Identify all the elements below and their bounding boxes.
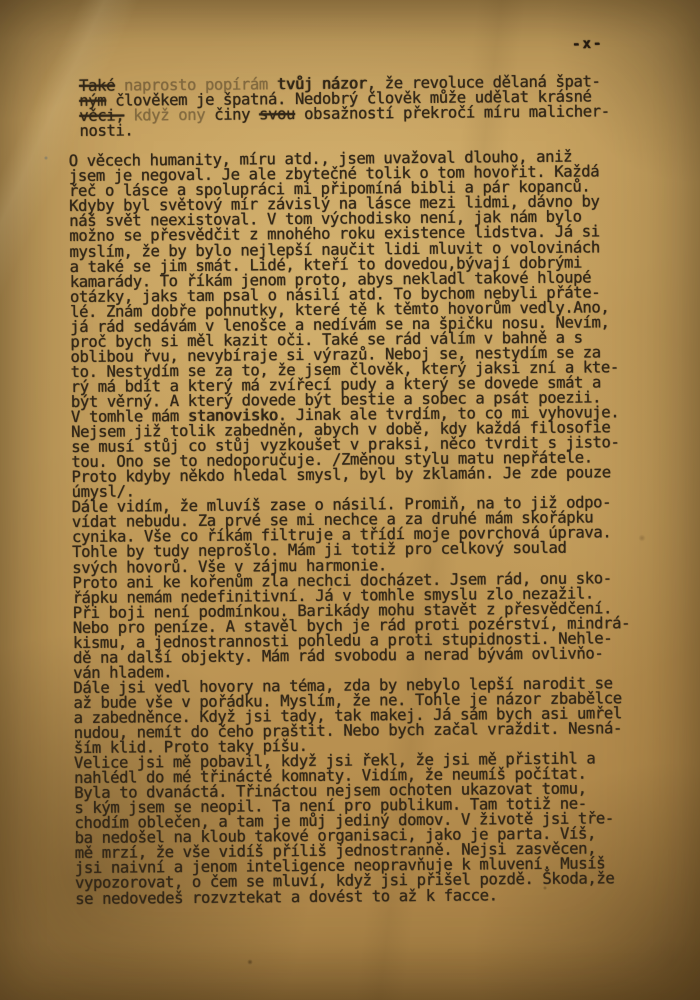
page-number-mark: -x- — [572, 35, 604, 52]
scanned-letter-photo: { "page": { "page_mark": "-x-", "colors"… — [0, 0, 700, 1000]
text-line: se nedovedeš rozvztekat a dovést to až k… — [75, 886, 660, 906]
paper-sheet: -x- Také naprosto popírám tvůj názor, že… — [0, 0, 700, 1000]
letter-text: Také naprosto popírám tvůj názor, že rev… — [68, 74, 660, 907]
